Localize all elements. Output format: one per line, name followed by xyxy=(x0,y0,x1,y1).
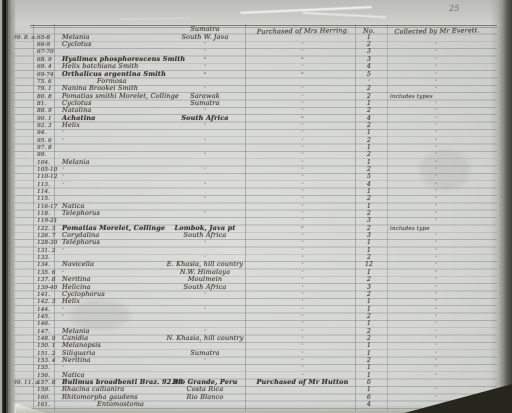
table-row: 131. 2 " " 1 " xyxy=(0,247,512,254)
register-number-cell: 95. 6 xyxy=(37,138,52,144)
purchased-cell: " xyxy=(250,300,355,305)
locality-cell: " xyxy=(155,139,255,144)
purchased-cell: " xyxy=(250,234,355,239)
register-number-cell: 88. 9 xyxy=(37,108,52,114)
register-number-cell: 90. 1 xyxy=(37,116,52,122)
purchased-cell: " xyxy=(250,263,355,268)
collected-cell: " xyxy=(386,388,486,393)
register-number-cell: 151. 2 xyxy=(37,351,55,357)
collected-cell: " xyxy=(386,190,486,195)
locality-cell: " xyxy=(155,212,255,217)
quantity-cell: 3 xyxy=(360,48,378,55)
register-number-cell: 80. 8 xyxy=(37,94,52,100)
table-row: 69-74 Orthalicus argentina Smith " " 5 " xyxy=(0,71,512,78)
quantity-cell: 5 xyxy=(360,173,378,180)
locality-cell: " xyxy=(155,183,255,188)
locality-cell: " xyxy=(155,43,255,48)
purchased-cell: " xyxy=(250,359,355,364)
register-number-cell: 135. 6 xyxy=(37,270,55,276)
note-cell: includes type xyxy=(390,226,430,232)
register-number-cell: 157. 8 xyxy=(37,380,55,386)
collected-cell: " xyxy=(386,131,486,136)
collected-cell: " xyxy=(386,286,486,291)
species-name-cell: Melania xyxy=(62,158,90,166)
quantity-cell: 6 xyxy=(360,379,378,386)
quantity-cell: 2 xyxy=(360,166,378,173)
quantity-cell: 2 xyxy=(360,225,378,232)
register-number-cell: 66-9 xyxy=(37,42,50,48)
register-number-cell: 145. xyxy=(37,314,50,320)
register-rows: Purchased of Mrs Herring. No. Collected … xyxy=(0,0,512,413)
table-row: 97. 8 " 1 " xyxy=(0,144,512,151)
quantity-cell: 12 xyxy=(360,261,378,268)
register-number-cell: 69-74 xyxy=(37,72,54,78)
collected-cell: " xyxy=(386,374,486,379)
table-row: 144. " " " 1 " xyxy=(0,306,512,313)
purchased-cell: " xyxy=(250,102,355,107)
species-name-cell: " xyxy=(62,183,64,188)
purchased-cell: " xyxy=(250,322,355,327)
register-number-cell: 155. xyxy=(37,365,50,371)
register-number-cell: 68. 9 xyxy=(37,57,52,63)
collected-cell: " xyxy=(386,241,486,246)
quantity-cell: 4 xyxy=(360,181,378,188)
collected-cell: " xyxy=(386,161,486,166)
quantity-cell: 5 xyxy=(360,71,378,78)
quantity-cell: 1 xyxy=(360,159,378,166)
purchased-cell: " xyxy=(250,315,355,320)
purchased-cell: " xyxy=(250,87,355,92)
purchased-cell: " xyxy=(250,153,355,158)
quantity-cell: 1 xyxy=(360,306,378,313)
locality-cell: " xyxy=(155,153,255,158)
table-row: 94. " " 1 " xyxy=(0,129,512,136)
purchased-cell: " xyxy=(250,256,355,261)
collected-cell: " xyxy=(386,293,486,298)
collected-cell: " xyxy=(386,271,486,276)
locality-cell: " xyxy=(155,197,255,202)
purchased-cell: " xyxy=(250,344,355,349)
collected-cell: " xyxy=(386,80,486,85)
species-name-cell: " xyxy=(62,249,64,254)
register-number-cell: 148. 9 xyxy=(37,336,55,342)
table-row: 110-12 " " 5 " xyxy=(0,173,512,180)
species-name-cell: Telephorus xyxy=(62,209,100,217)
quantity-cell: 4 xyxy=(360,115,378,122)
purchased-cell: " xyxy=(250,226,355,232)
collected-cell: " xyxy=(386,205,486,210)
quantity-cell: 1 xyxy=(360,298,378,305)
scanned-register-page: 25 Purchased of Mrs Herring. No. Collect… xyxy=(0,0,512,413)
register-number-cell: 69. 4 xyxy=(37,64,52,70)
locality-cell: " xyxy=(155,293,255,298)
collected-cell: " xyxy=(386,212,486,217)
locality-cell: " xyxy=(155,57,255,63)
register-number-cell: 65-8 xyxy=(37,35,50,41)
collected-cell: " xyxy=(386,234,486,239)
binding-edge xyxy=(0,0,16,413)
purchased-cell: " xyxy=(250,190,355,195)
purchased-cell: " xyxy=(250,286,355,291)
quantity-cell: 3 xyxy=(360,56,378,63)
collected-cell: " xyxy=(386,322,486,327)
quantity-cell: 2 xyxy=(360,137,378,144)
table-row: 114. " 1 " xyxy=(0,188,512,195)
register-number-cell: 114. xyxy=(37,189,50,195)
locality-cell: South Africa xyxy=(155,114,255,122)
table-row: 160. Rhitomorpha gaudens Rio Blanco 6 " xyxy=(0,394,512,401)
register-number-cell: 153. 4 xyxy=(37,358,55,364)
collected-cell: " xyxy=(386,102,486,107)
collected-cell: " xyxy=(386,308,486,313)
quantity-cell: 1 xyxy=(360,100,378,107)
collected-cell: " xyxy=(386,124,486,129)
register-number-cell: 94. xyxy=(37,130,46,136)
species-name-cell: " xyxy=(62,308,64,313)
register-number-cell: 137. 8 xyxy=(37,277,55,283)
register-number-cell: 115. xyxy=(37,196,50,202)
collected-cell: " xyxy=(386,153,486,158)
register-number-cell: 81. xyxy=(37,101,46,107)
quantity-cell: 2 xyxy=(360,328,378,335)
locality-cell: " xyxy=(155,241,255,246)
table-row: 113. " " " 4 " xyxy=(0,181,512,188)
quantity-cell: 1 xyxy=(360,269,378,276)
collected-cell: " xyxy=(386,58,486,63)
table-row: 153. 4 Neritina " " 2 " xyxy=(0,357,512,364)
table-row: 105-10 " " " 2 " xyxy=(0,166,512,173)
register-number-cell: 105-10 xyxy=(37,167,57,173)
register-number-cell: 99. xyxy=(37,152,46,158)
purchased-cell: " xyxy=(250,330,355,335)
note-cell: includes types xyxy=(390,94,433,100)
quantity-cell: 1 xyxy=(360,129,378,136)
register-number-cell: 75. 6 xyxy=(37,79,52,85)
collected-cell: " xyxy=(386,73,486,78)
table-row: 95. 6 " " " 2 " xyxy=(0,137,512,144)
collected-cell: " xyxy=(386,300,486,305)
register-number-cell: 110-12 xyxy=(37,174,57,180)
register-number-cell: 139-40 xyxy=(37,285,57,291)
register-number-cell: 150. 1 xyxy=(37,343,55,349)
quantity-cell: 2 xyxy=(360,85,378,92)
purchased-cell: " xyxy=(250,109,355,114)
collected-cell: " xyxy=(386,337,486,342)
species-name-cell: Navicella xyxy=(62,260,94,268)
collected-cell: " xyxy=(386,359,486,364)
purchased-cell: " xyxy=(250,131,355,136)
register-number-cell: 97. 8 xyxy=(37,145,52,151)
species-name-cell: " xyxy=(62,168,64,173)
purchased-cell: " xyxy=(250,352,355,357)
quantity-cell: 2 xyxy=(360,107,378,114)
register-number-cell: 128-30 xyxy=(37,240,57,246)
locality-cell: N. Khasia, hill country xyxy=(155,334,255,342)
register-number-cell: 67-70 xyxy=(37,49,54,55)
collected-cell: " xyxy=(386,146,486,151)
quantity-cell: 1 xyxy=(360,320,378,327)
collected-cell: " xyxy=(386,65,486,70)
register-number-cell: 116-17 xyxy=(37,204,57,210)
locality-cell: " xyxy=(155,65,255,70)
table-row: 66-9 Cyclotus " " 2 " xyxy=(0,41,512,48)
register-number-cell: 126. 7 xyxy=(37,233,55,239)
purchased-cell: " xyxy=(250,249,355,254)
species-name-cell: Helix xyxy=(62,297,80,305)
register-number-cell: 122. 3 xyxy=(37,226,55,232)
collected-cell: " xyxy=(386,249,486,254)
quantity-cell: 1 xyxy=(360,239,378,246)
quantity-cell: 2 xyxy=(360,151,378,158)
species-name-cell: Helix xyxy=(62,121,80,129)
locality-cell: " xyxy=(155,72,255,78)
table-row: 142. 3 Helix " 1 " xyxy=(0,298,512,305)
register-number-cell: 119-21 xyxy=(37,218,57,224)
collected-cell: " xyxy=(386,219,486,224)
species-name-cell: Telephorus xyxy=(62,238,100,246)
quantity-cell: 2 xyxy=(360,195,378,202)
collected-cell: " xyxy=(386,344,486,349)
table-row: 134. Navicella E. Khasia, hill country "… xyxy=(0,262,512,269)
register-number-cell: 104. xyxy=(37,160,50,166)
collected-cell: " xyxy=(386,175,486,180)
purchased-cell: " xyxy=(250,116,355,122)
species-name-cell: Neritina xyxy=(62,356,91,364)
purchased-cell: " xyxy=(250,50,355,55)
quantity-cell: 1 xyxy=(360,34,378,41)
purchased-cell: " xyxy=(250,95,355,100)
quantity-cell: 2 xyxy=(360,276,378,283)
purchased-cell: " xyxy=(250,43,355,48)
collected-cell: " xyxy=(386,256,486,261)
collected-cell: " xyxy=(386,278,486,283)
register-number-cell: 142. 3 xyxy=(37,299,55,305)
quantity-cell: 3 xyxy=(360,284,378,291)
register-number-cell: 144. xyxy=(37,307,50,313)
collected-cell: " xyxy=(386,117,486,122)
quantity-cell: 2 xyxy=(360,122,378,129)
purchased-cell: " xyxy=(250,161,355,166)
collected-cell: " xyxy=(386,168,486,173)
purchased-cell: " xyxy=(250,366,355,371)
quantity-cell: 1 xyxy=(360,372,378,379)
species-name-cell: " xyxy=(62,175,64,180)
purchased-cell: " xyxy=(250,146,355,151)
locality-cell: " xyxy=(155,308,255,313)
locality-cell: " xyxy=(155,168,255,173)
collected-cell: " xyxy=(386,366,486,371)
quantity-cell: 2 xyxy=(360,357,378,364)
quantity-cell: 1 xyxy=(360,144,378,151)
purchased-cell: " xyxy=(250,57,355,63)
right-edge-shadow xyxy=(490,0,512,413)
species-name-cell: " xyxy=(62,139,64,144)
quantity-cell: 2 xyxy=(360,313,378,320)
register-number-cell: 147. xyxy=(37,329,50,335)
table-row: 145. " " 2 " xyxy=(0,313,512,320)
quantity-cell: 2 xyxy=(360,335,378,342)
collected-cell: " xyxy=(386,139,486,144)
quantity-cell: 6 xyxy=(360,394,378,401)
collected-cell: " xyxy=(386,197,486,202)
quantity-cell: 2 xyxy=(360,93,378,100)
locality-cell: Rio Blanco xyxy=(155,393,255,401)
register-number-cell: 141. xyxy=(37,292,50,298)
purchased-cell: " xyxy=(250,139,355,144)
quantity-cell: 1 xyxy=(360,342,378,349)
locality-cell: Sumatra xyxy=(155,349,255,357)
locality-cell: " xyxy=(155,359,255,364)
collected-cell: " xyxy=(386,263,486,268)
collected-cell: " xyxy=(386,330,486,335)
quantity-cell: 1 xyxy=(360,364,378,371)
accession-margin-cell: 99. 8. a. xyxy=(13,35,37,41)
species-name-cell: Cyclotus xyxy=(62,40,92,48)
purchased-cell: " xyxy=(250,124,355,129)
species-name-cell: " xyxy=(62,131,64,136)
quantity-cell: 1 xyxy=(360,386,378,393)
quantity-cell: 1 xyxy=(360,350,378,357)
purchased-cell: " xyxy=(250,197,355,202)
register-number-cell: 134. xyxy=(37,262,50,268)
purchased-cell: " xyxy=(250,219,355,224)
register-number-cell: 159. xyxy=(37,387,50,393)
purchased-cell: " xyxy=(250,337,355,342)
purchased-cell: " xyxy=(250,72,355,78)
locality-cell: " xyxy=(155,124,255,129)
table-row: 104. Melania " 1 " xyxy=(0,159,512,166)
purchased-cell: " xyxy=(250,271,355,276)
quantity-cell: 1 xyxy=(360,203,378,210)
locality-cell: South Africa xyxy=(155,231,255,239)
table-row: 118. Telephorus " " 2 " xyxy=(0,210,512,217)
register-number-cell: 160. xyxy=(37,395,50,401)
quantity-cell: 2 xyxy=(360,291,378,298)
collected-cell: " xyxy=(386,315,486,320)
purchased-cell: " xyxy=(250,278,355,283)
purchased-cell: " xyxy=(250,205,355,210)
locality-cell: South W. Java xyxy=(155,33,255,41)
locality-cell: Sumatra xyxy=(155,99,255,107)
register-number-cell: 146. xyxy=(37,321,50,327)
quantity-cell: 3 xyxy=(360,217,378,224)
register-number-cell: 92. 3 xyxy=(37,123,52,129)
collected-cell: " xyxy=(386,109,486,114)
table-row: 128-30 Telephorus " " 1 " xyxy=(0,240,512,247)
collected-cell: " xyxy=(386,43,486,48)
quantity-cell: 1 xyxy=(360,247,378,254)
collected-cell: " xyxy=(386,352,486,357)
register-number-cell: 131. 2 xyxy=(37,248,55,254)
register-number-cell: 156. xyxy=(37,373,50,379)
collected-cell: " xyxy=(386,50,486,55)
purchased-cell: " xyxy=(250,183,355,188)
purchased-cell: " xyxy=(250,168,355,173)
collected-cell: " xyxy=(386,183,486,188)
purchased-cell: " xyxy=(250,293,355,298)
quantity-cell: 1 xyxy=(360,188,378,195)
register-number-cell: 118. xyxy=(37,211,50,217)
register-number-cell: 113. xyxy=(37,182,50,188)
locality-cell: South Africa xyxy=(155,283,255,291)
register-number-cell: 133. xyxy=(37,255,50,261)
table-row: 92. 3 Helix " " 2 " xyxy=(0,122,512,129)
register-number-cell: 79. 1 xyxy=(37,86,52,92)
species-name-cell: " xyxy=(62,315,64,320)
collected-cell: " xyxy=(386,87,486,92)
purchased-cell: " xyxy=(250,308,355,313)
purchased-cell: " xyxy=(250,175,355,180)
purchased-cell: " xyxy=(250,241,355,246)
quantity-cell: 4 xyxy=(360,63,378,70)
purchased-cell: " xyxy=(250,65,355,70)
purchased-cell: Purchased of Mr Hutton xyxy=(250,378,355,386)
purchased-cell: " xyxy=(250,212,355,217)
